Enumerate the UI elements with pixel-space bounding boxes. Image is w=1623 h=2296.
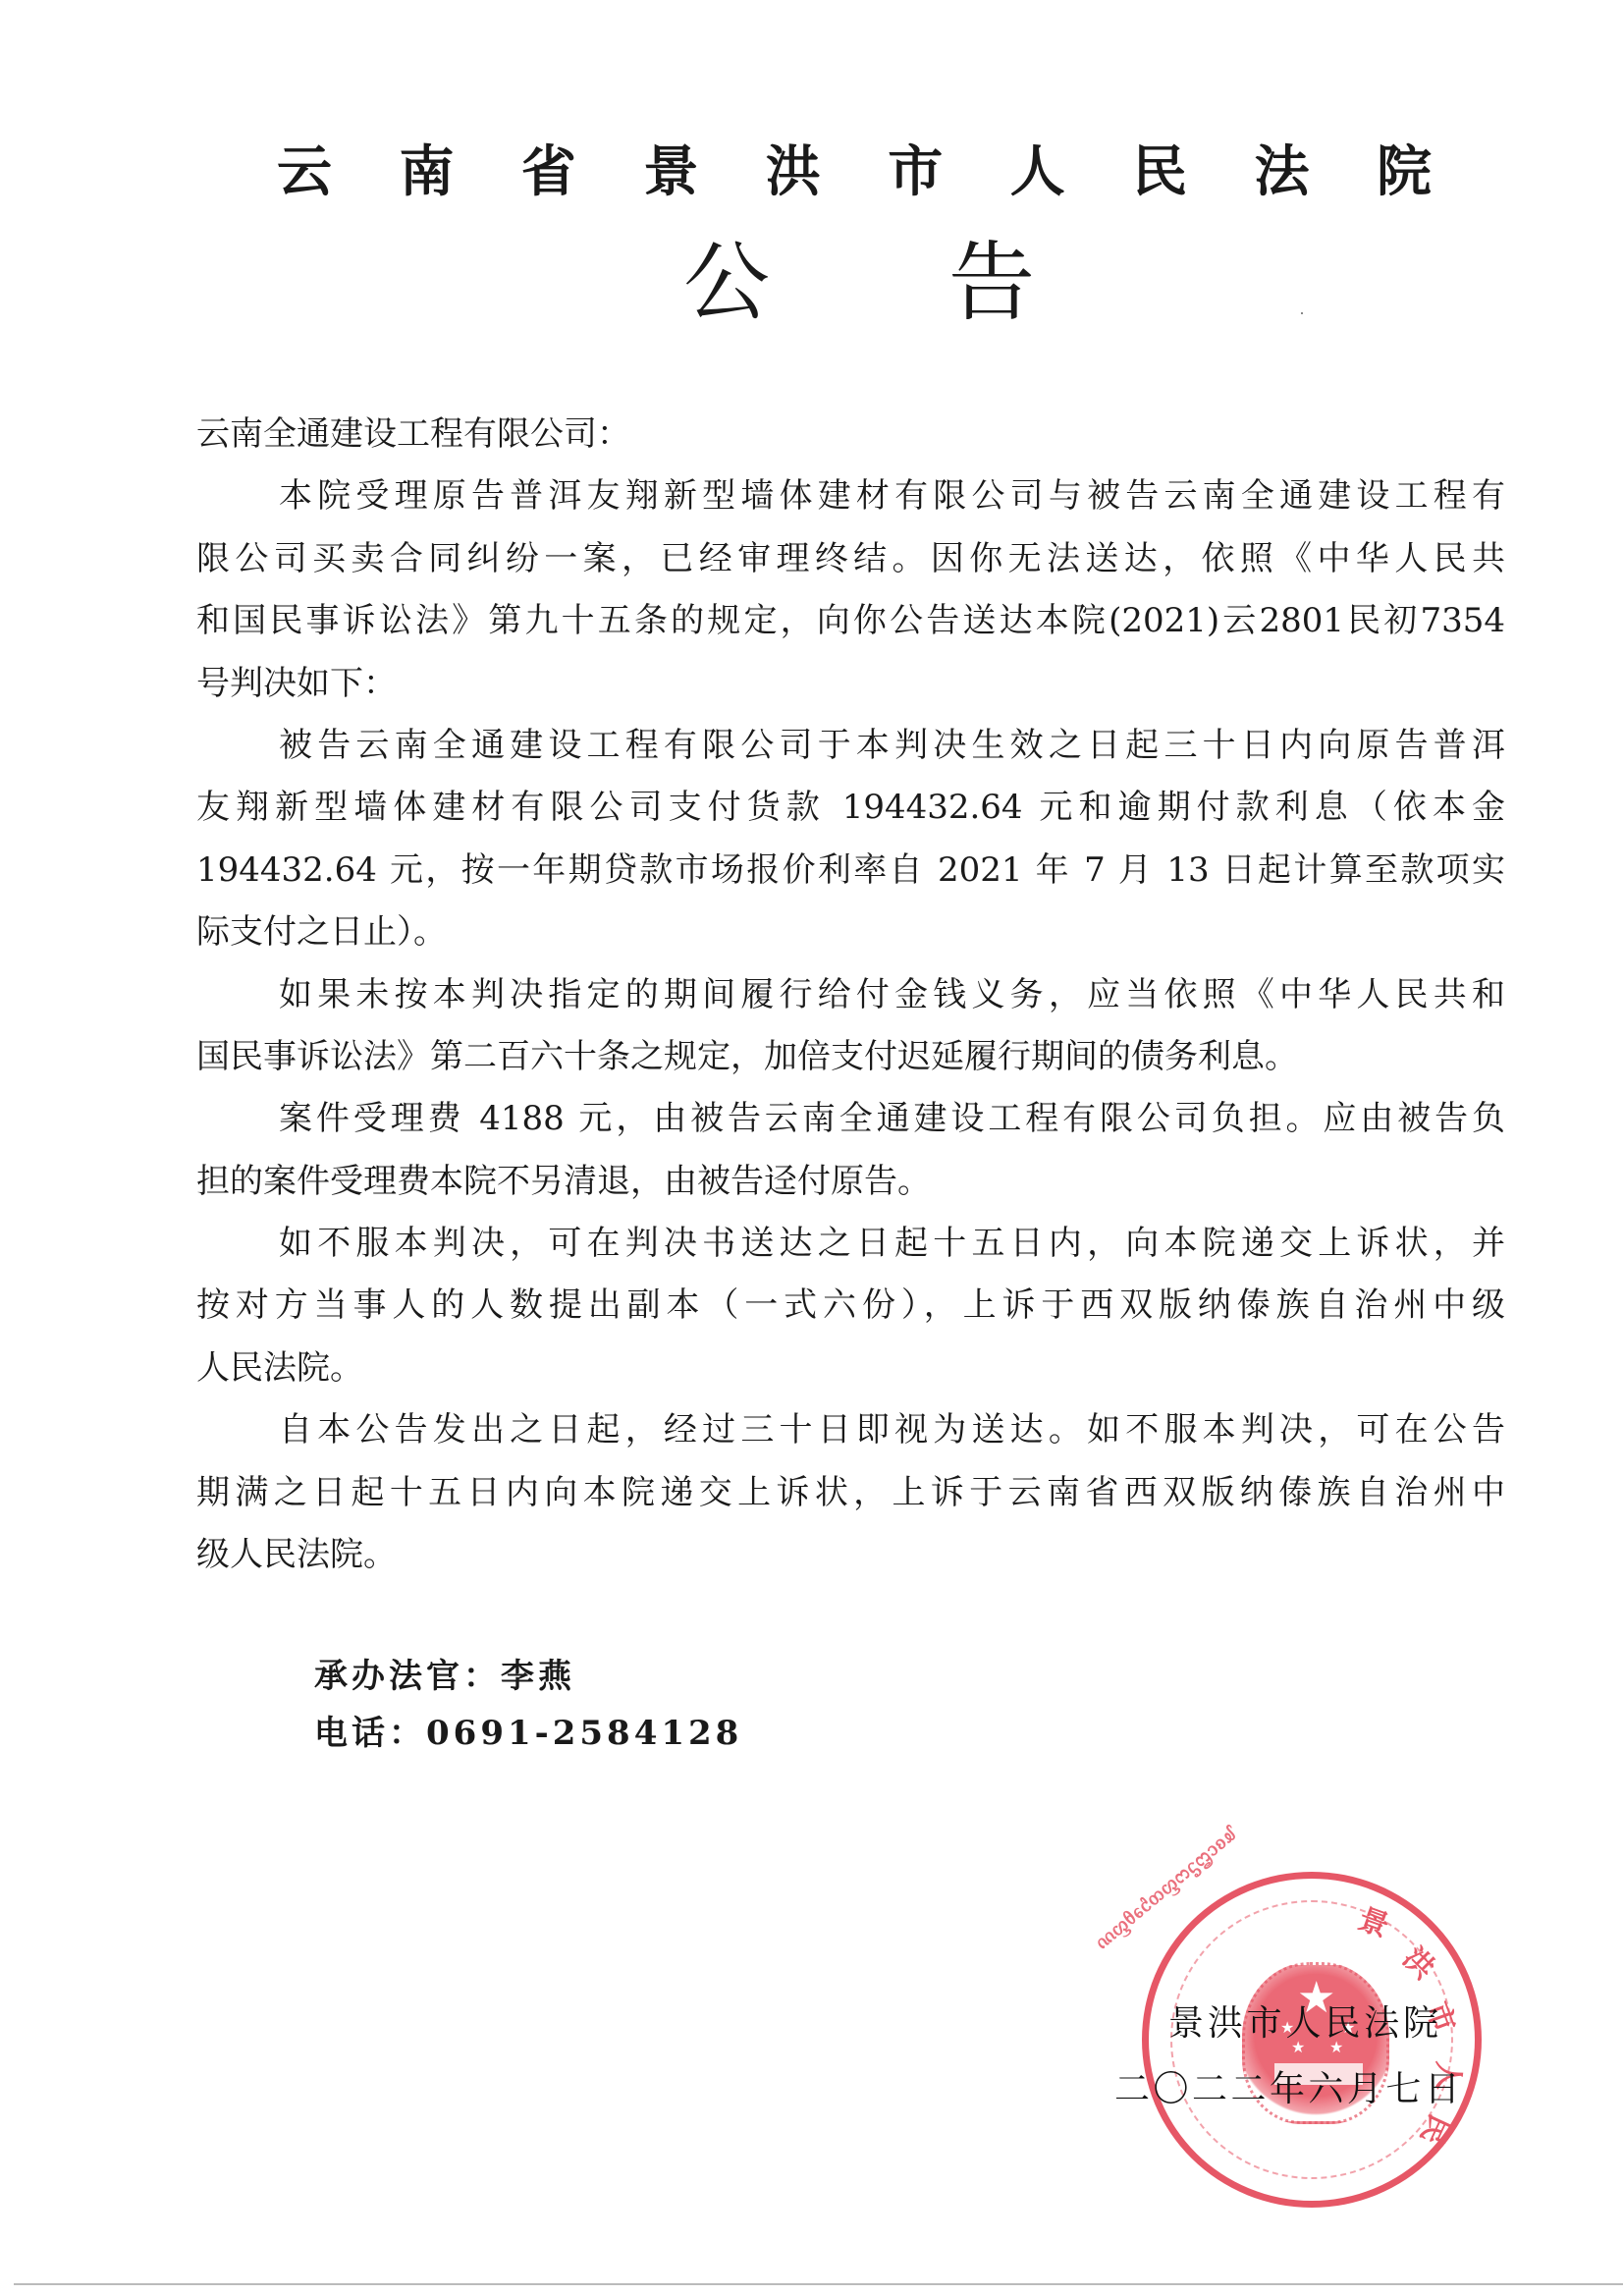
body-line: 案件受理费 4188 元，由被告云南全通建设工程有限公司负担。应由被告负: [196, 1088, 1505, 1150]
issue-date: 二 〇 二 二 年 六 月 七 日: [1114, 2065, 1460, 2112]
issuing-court: 景 洪 市 人 民 法 院: [1168, 1999, 1438, 2047]
court-name-char: 民: [1325, 1999, 1360, 2047]
body-line: 本院受理原告普洱友翔新型墙体建材有限公司与被告云南全通建设工程有: [196, 465, 1505, 527]
title-char: 民: [1130, 137, 1189, 206]
body-line: 如果未按本判决指定的期间履行给付金钱义务，应当依照《中华人民共和: [196, 964, 1505, 1026]
presiding-judge: 承办法官：李燕: [314, 1648, 575, 1705]
title-char: 院: [1375, 137, 1434, 206]
court-name-char: 洪: [1208, 1999, 1243, 2047]
body-line: 如不服本判决，可在判决书送达之日起十五日内，向本院递交上诉状，并: [196, 1213, 1505, 1275]
court-name-char: 人: [1285, 1999, 1321, 2047]
subtitle-char: 告: [943, 234, 1041, 332]
court-name-char: 院: [1403, 1999, 1438, 2047]
notice-body: 云南全通建设工程有限公司： 本院受理原告普洱友翔新型墙体建材有限公司与被告云南全…: [196, 404, 1505, 1586]
body-line: 194432.64 元，按一年期贷款市场报价利率自 2021 年 7 月 13 …: [196, 840, 1505, 902]
scan-edge-line: [14, 2283, 1623, 2285]
court-title: 云 南 省 景 洪 市 人 民 法 院: [275, 137, 1434, 206]
document-type-title: 公 告: [677, 234, 1041, 332]
scan-speck: [1301, 312, 1303, 314]
body-line: 自本公告发出之日起，经过三十日即视为送达。如不服本判决，可在公告: [196, 1399, 1505, 1461]
body-line: 按对方当事人的人数提出副本（一式六份），上诉于西双版纳傣族自治州中级: [196, 1275, 1505, 1337]
date-char: 二: [1192, 2065, 1227, 2112]
title-char: 市: [886, 137, 945, 206]
date-char: 年: [1270, 2065, 1305, 2112]
title-char: 景: [641, 137, 700, 206]
court-name-char: 景: [1168, 1999, 1204, 2047]
body-line: 号判决如下：: [196, 653, 1505, 715]
body-line: 友翔新型墙体建材有限公司支付货款 194432.64 元和逾期付款利息（依本金: [196, 777, 1505, 839]
date-char: 日: [1425, 2065, 1460, 2112]
date-char: 月: [1347, 2065, 1382, 2112]
court-name-char: 市: [1247, 1999, 1282, 2047]
date-char: 二: [1230, 2065, 1266, 2112]
addressee: 云南全通建设工程有限公司：: [196, 404, 1505, 465]
date-char: 〇: [1153, 2065, 1188, 2112]
body-line: 级人民法院。: [196, 1524, 1505, 1586]
body-line: 际支付之日止）。: [196, 902, 1505, 963]
body-line: 国民事诉讼法》第二百六十条之规定，加倍支付迟延履行期间的债务利息。: [196, 1026, 1505, 1088]
body-line: 被告云南全通建设工程有限公司于本判决生效之日起三十日内向原告普洱: [196, 715, 1505, 777]
body-line: 担的案件受理费本院不另清退，由被告迳付原告。: [196, 1151, 1505, 1213]
title-char: 人: [1008, 137, 1067, 206]
body-line: 和国民事诉讼法》第九十五条的规定，向你公告送达本院(2021)云2801民初73…: [196, 590, 1505, 652]
body-line: 人民法院。: [196, 1338, 1505, 1399]
date-char: 二: [1114, 2065, 1150, 2112]
title-char: 法: [1253, 137, 1312, 206]
court-name-char: 法: [1364, 1999, 1399, 2047]
title-char: 云: [275, 137, 334, 206]
subtitle-char: 公: [677, 234, 776, 332]
body-line: 限公司买卖合同纠纷一案，已经审理终结。因你无法送达，依照《中华人民共: [196, 528, 1505, 590]
title-char: 南: [397, 137, 456, 206]
body-line: 期满之日起十五日内向本院递交上诉状，上诉于云南省西双版纳傣族自治州中: [196, 1462, 1505, 1524]
date-char: 七: [1385, 2065, 1421, 2112]
title-char: 省: [519, 137, 578, 206]
contact-phone: 电话：0691-2584128: [314, 1705, 742, 1762]
title-char: 洪: [764, 137, 823, 206]
date-char: 六: [1308, 2065, 1343, 2112]
